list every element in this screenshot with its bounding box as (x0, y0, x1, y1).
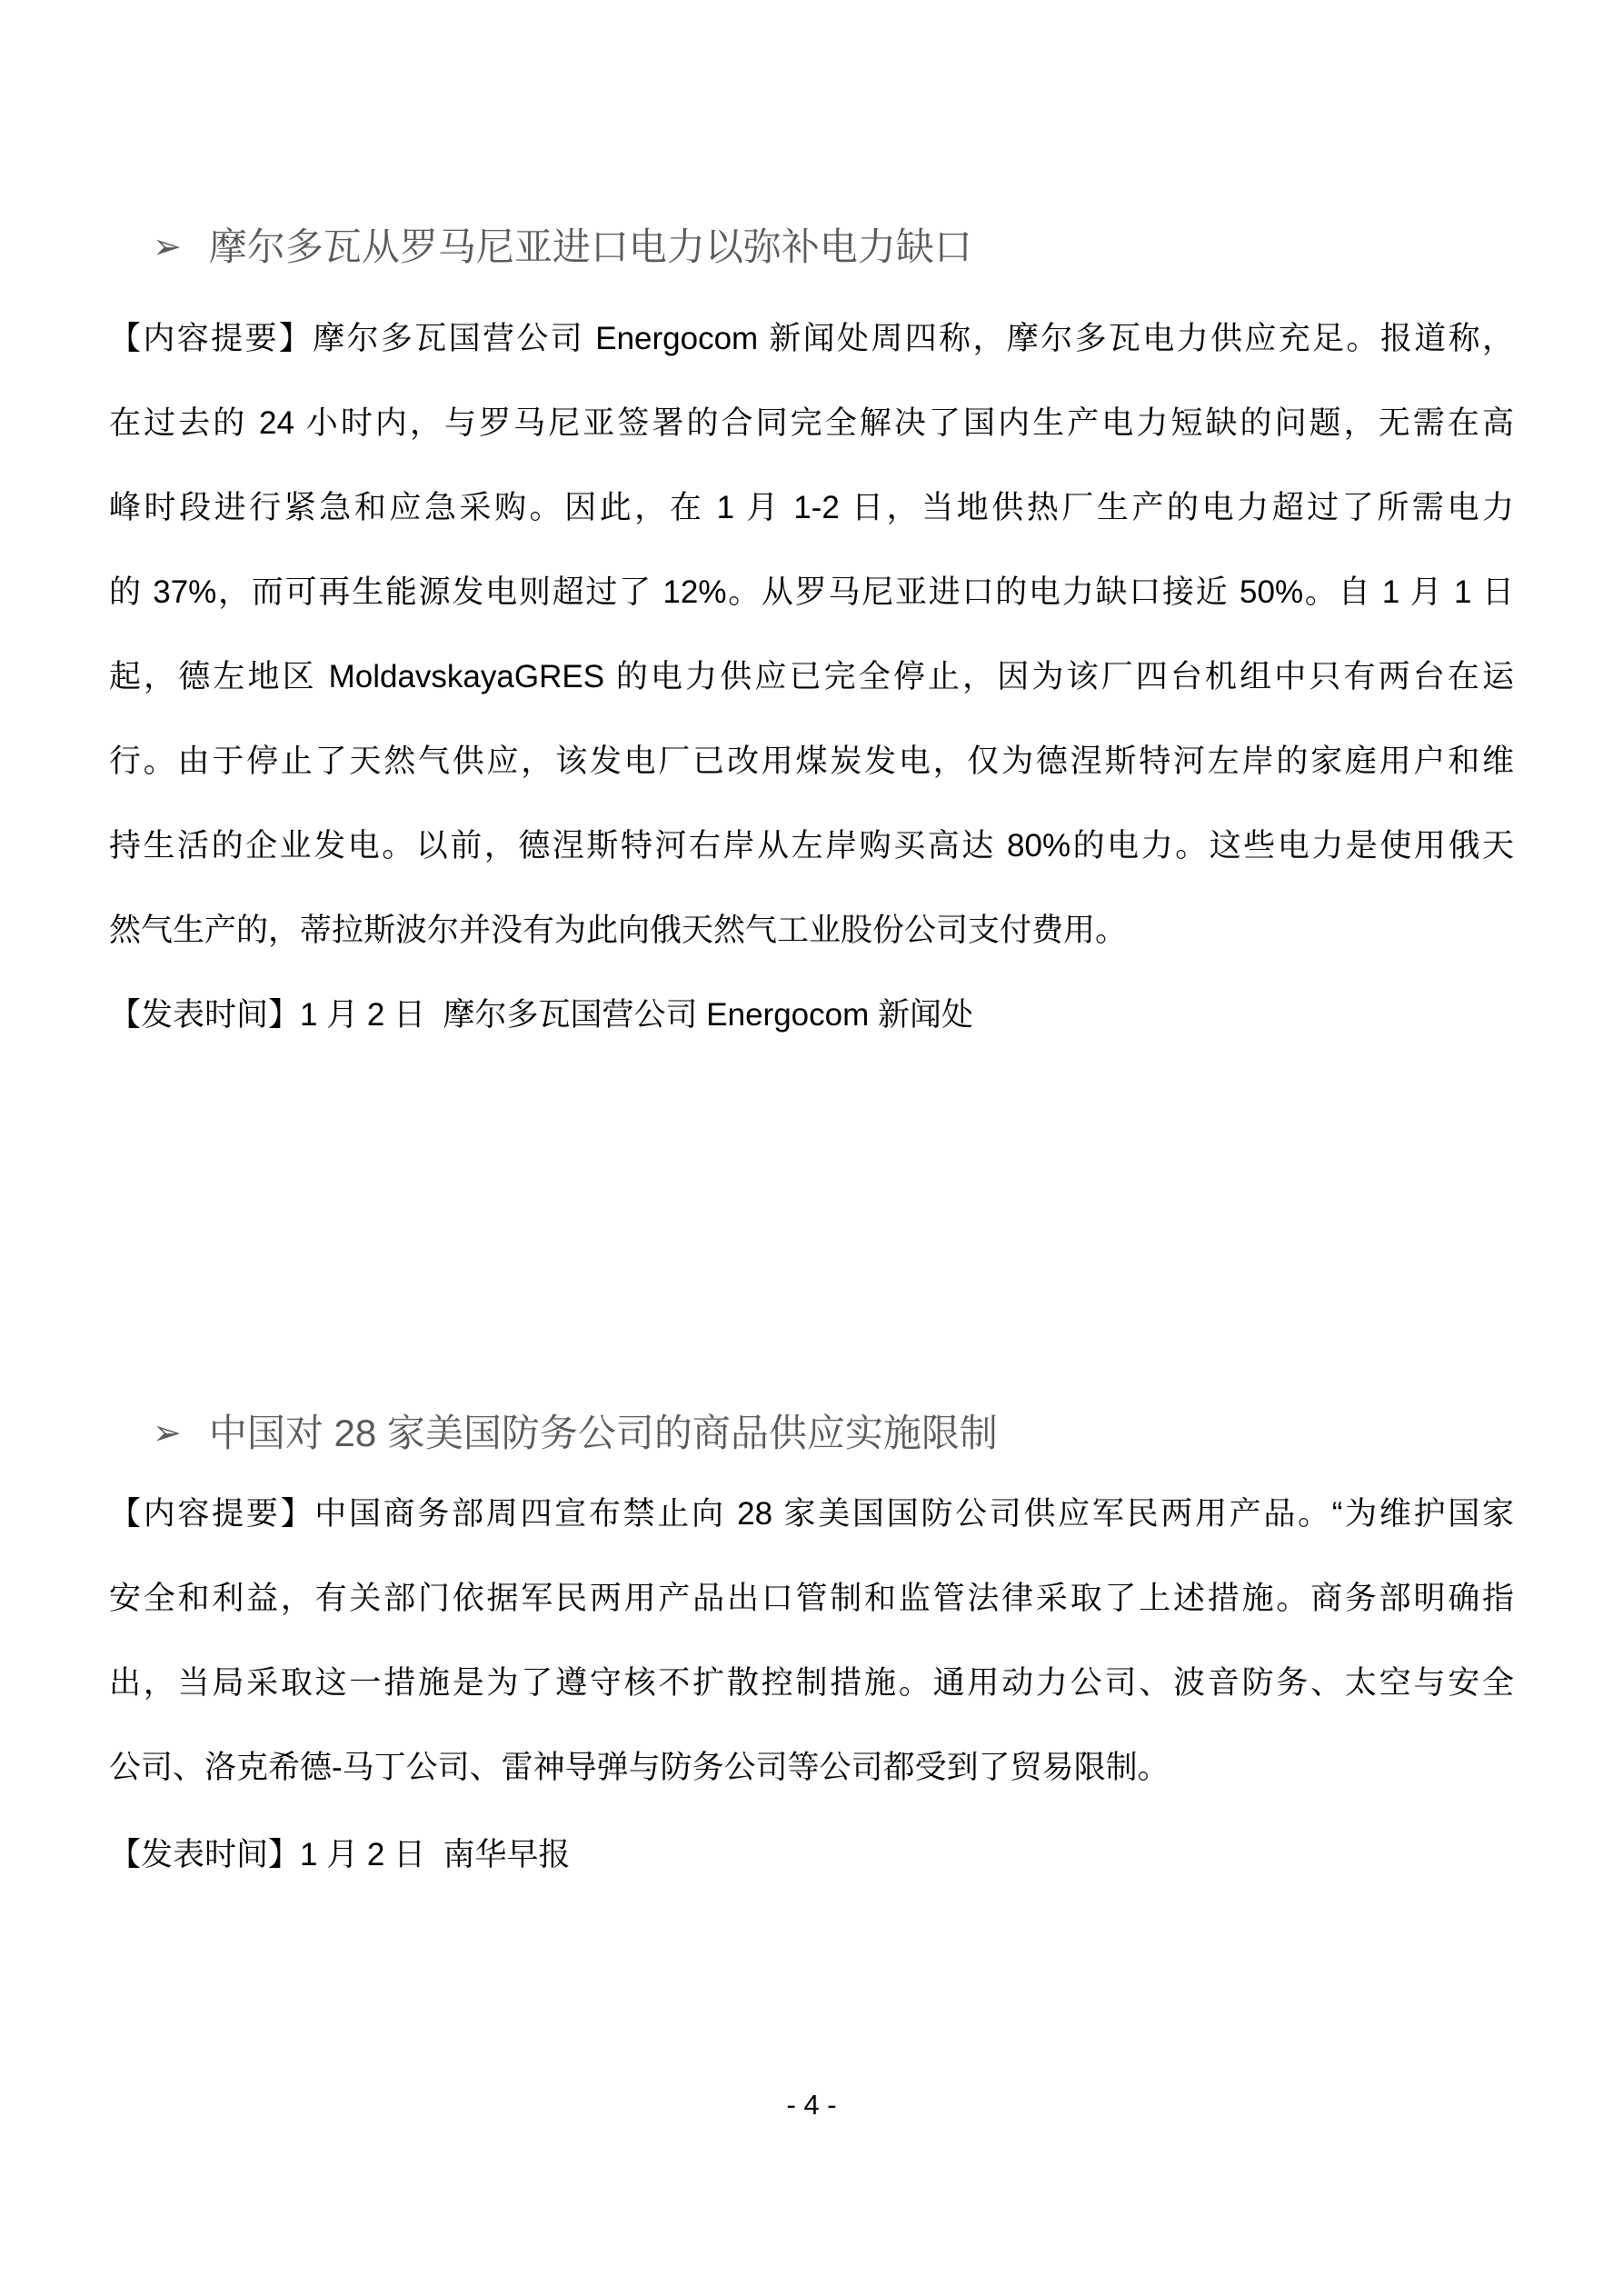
summary-line: 公司、洛克希德-马丁公司、雷神导弹与防务公司等公司都受到了贸易限制。 (109, 1725, 1514, 1810)
section-1-publish-line: 【发表时间】1 月 2 日 摩尔多瓦国营公司 Energocom 新闻处 (109, 973, 1514, 1057)
document-page: ➢摩尔多瓦从罗马尼亚进口电力以弥补电力缺口 【内容提要】摩尔多瓦国营公司 Ene… (0, 0, 1623, 2296)
summary-line: 行。由于停止了天然气供应，该发电厂已改用煤炭发电，仅为德涅斯特河左岸的家庭用户和… (109, 719, 1514, 804)
summary-line: 在过去的 24 小时内，与罗马尼亚签署的合同完全解决了国内生产电力短缺的问题，无… (109, 381, 1514, 465)
section-1-title: 摩尔多瓦从罗马尼亚进口电力以弥补电力缺口 (209, 225, 972, 268)
section-2-heading: ➢中国对 28 家美国防务公司的商品供应实施限制 (153, 1405, 1516, 1463)
summary-line: 【内容提要】摩尔多瓦国营公司 Energocom 新闻处周四称，摩尔多瓦电力供应… (109, 296, 1514, 381)
summary-line: 出，当局采取这一措施是为了遵守核不扩散控制措施。通用动力公司、波音防务、太空与安… (109, 1641, 1514, 1725)
summary-line: 的 37%，而可再生能源发电则超过了 12%。从罗马尼亚进口的电力缺口接近 50… (109, 550, 1514, 634)
section-2-publish-line: 【发表时间】1 月 2 日 南华早报 (109, 1812, 1514, 1897)
summary-line: 持生活的企业发电。以前，德涅斯特河右岸从左岸购买高达 80%的电力。这些电力是使… (109, 804, 1514, 888)
section-1-heading: ➢摩尔多瓦从罗马尼亚进口电力以弥补电力缺口 (153, 219, 1516, 277)
arrow-bullet-icon: ➢ (153, 1405, 182, 1462)
section-2-summary: 【内容提要】中国商务部周四宣布禁止向 28 家美国国防公司供应军民两用产品。“为… (109, 1472, 1514, 1810)
summary-line: 起，德左地区 MoldavskayaGRES 的电力供应已完全停止，因为该厂四台… (109, 634, 1514, 719)
page-number: - 4 - (0, 2081, 1623, 2129)
arrow-bullet-icon: ➢ (153, 219, 182, 275)
section-2-title: 中国对 28 家美国防务公司的商品供应实施限制 (209, 1412, 998, 1454)
summary-line: 峰时段进行紧急和应急采购。因此，在 1 月 1-2 日，当地供热厂生产的电力超过… (109, 465, 1514, 550)
section-1-summary: 【内容提要】摩尔多瓦国营公司 Energocom 新闻处周四称，摩尔多瓦电力供应… (109, 296, 1514, 973)
summary-line: 安全和利益，有关部门依据军民两用产品出口管制和监管法律采取了上述措施。商务部明确… (109, 1556, 1514, 1641)
summary-line: 然气生产的，蒂拉斯波尔并没有为此向俄天然气工业股份公司支付费用。 (109, 888, 1514, 973)
summary-line: 【内容提要】中国商务部周四宣布禁止向 28 家美国国防公司供应军民两用产品。“为… (109, 1472, 1514, 1556)
